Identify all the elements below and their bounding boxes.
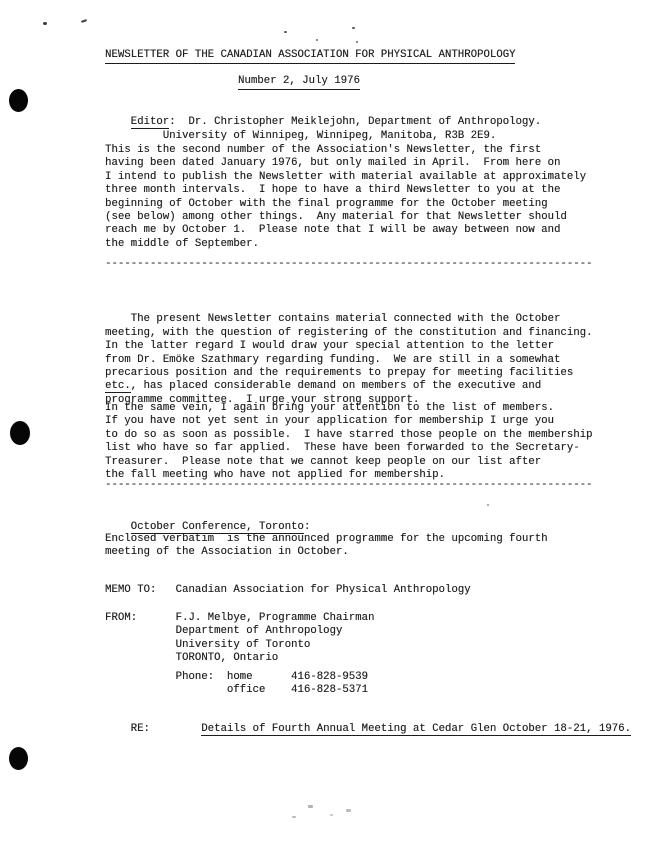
ink-speck <box>292 816 296 818</box>
membership-paragraph: In the same vein, I again bring your att… <box>105 402 592 482</box>
ink-speck <box>284 31 287 33</box>
memo-re-label: RE: <box>131 723 202 735</box>
ink-speck <box>487 504 489 506</box>
ink-speck <box>316 39 318 41</box>
separator-line-1: ----------------------------------------… <box>105 258 592 271</box>
ink-speck <box>308 805 313 808</box>
scanned-newsletter-page: NEWSLETTER OF THE CANADIAN ASSOCIATION F… <box>0 0 654 842</box>
funding-paragraph-before: The present Newsletter contains material… <box>105 313 592 379</box>
memo-re-line: RE: Details of Fourth Annual Meeting at … <box>105 710 631 750</box>
punch-hole-bottom <box>9 747 28 770</box>
memo-to-line: MEMO TO: Canadian Association for Physic… <box>105 584 471 597</box>
editor-details: : Dr. Christopher Meiklejohn, Department… <box>105 116 541 141</box>
separator-line-2: ----------------------------------------… <box>105 479 592 492</box>
memo-from-block: FROM: F.J. Melbye, Programme Chairman De… <box>105 612 374 666</box>
ink-speck <box>330 814 333 816</box>
ink-speck <box>346 809 351 812</box>
october-conference-heading-colon: : <box>304 521 310 533</box>
ink-speck <box>356 41 358 43</box>
ink-speck <box>352 27 355 29</box>
enclosed-paragraph: Enclosed verbatim is the announced progr… <box>105 533 548 560</box>
ink-speck <box>43 22 47 25</box>
memo-re-subject: Details of Fourth Annual Meeting at Ceda… <box>201 723 631 736</box>
ink-speck <box>81 19 87 23</box>
memo-phone-block: Phone: home 416-828-9539 office 416-828-… <box>105 671 368 698</box>
intro-paragraph: This is the second number of the Associa… <box>105 144 586 251</box>
newsletter-title: NEWSLETTER OF THE CANADIAN ASSOCIATION F… <box>105 49 515 64</box>
punch-hole-top <box>9 89 28 112</box>
punch-hole-middle <box>10 421 30 445</box>
funding-underlined-word: etc. <box>105 380 131 393</box>
editor-label: Editor <box>131 116 169 129</box>
issue-number: Number 2, July 1976 <box>238 75 360 90</box>
